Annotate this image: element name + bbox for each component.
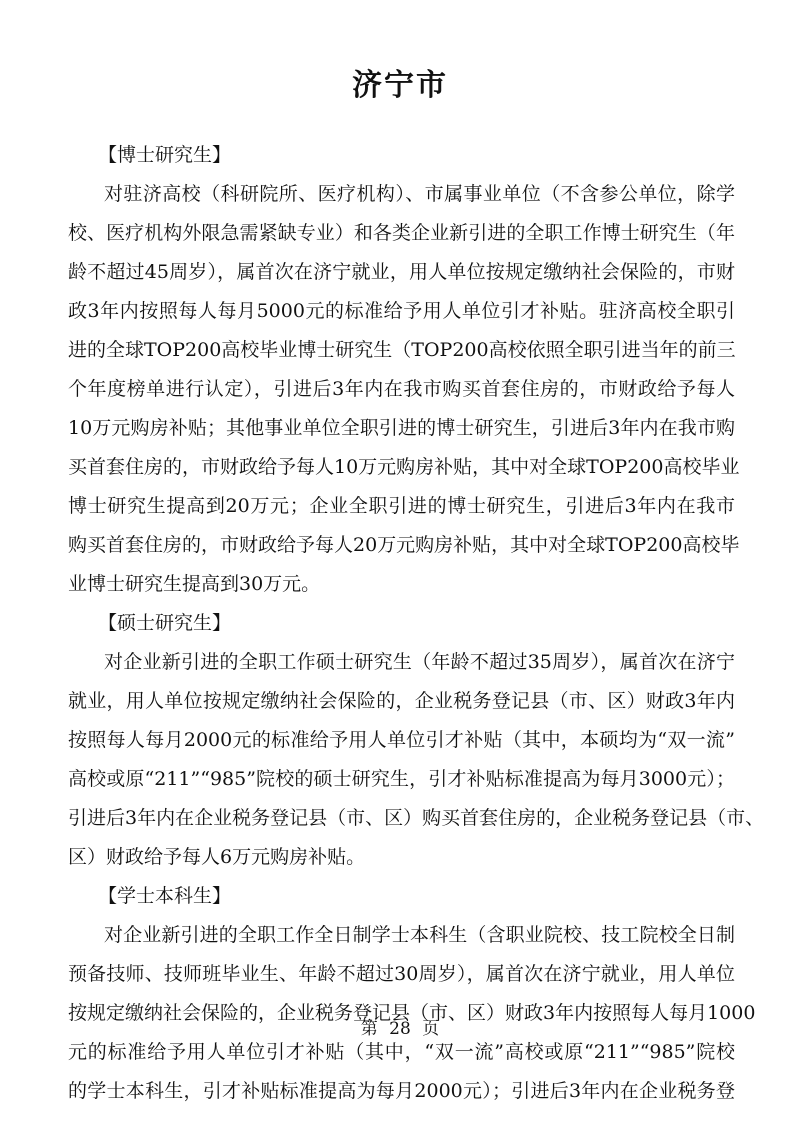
- paragraph-line: 高校或原“211”“985”院校的硕士研究生，引才补贴标准提高为每月3000元）…: [68, 766, 735, 792]
- paragraph-line: 元的标准给予用人单位引才补贴（其中，“双一流”高校或原“211”“985”院校: [68, 1039, 735, 1065]
- paragraph-line: 业博士研究生提高到30万元。: [68, 571, 735, 597]
- document-page: 济宁市 【博士研究生】 对驻济高校（科研院所、医疗机构）、市属事业单位（不含参公…: [0, 0, 800, 1137]
- section-heading-bachelor: 【学士本科生】: [98, 883, 231, 909]
- paragraph-line: 就业，用人单位按规定缴纳社会保险的，企业税务登记县（市、区）财政3年内: [68, 688, 735, 714]
- section-heading-doctoral: 【博士研究生】: [98, 142, 231, 168]
- paragraph-line: 对企业新引进的全职工作全日制学士本科生（含职业院校、技工院校全日制: [104, 922, 735, 948]
- paragraph-line: 购买首套住房的，市财政给予每人20万元购房补贴，其中对全球TOP200高校毕: [68, 532, 735, 558]
- paragraph-line: 龄不超过45周岁），属首次在济宁就业，用人单位按规定缴纳社会保险的，市财: [68, 259, 735, 285]
- paragraph-line: 预备技师、技师班毕业生、年龄不超过30周岁），属首次在济宁就业，用人单位: [68, 961, 735, 987]
- paragraph-line: 进的全球TOP200高校毕业博士研究生（TOP200高校依照全职引进当年的前三: [68, 337, 735, 363]
- paragraph-line: 政3年内按照每人每月5000元的标准给予用人单位引才补贴。驻济高校全职引: [68, 298, 735, 324]
- paragraph-line: 区）财政给予每人6万元购房补贴。: [68, 844, 735, 870]
- paragraph-line: 博士研究生提高到20万元；企业全职引进的博士研究生，引进后3年内在我市: [68, 493, 735, 519]
- paragraph-line: 的学士本科生，引才补贴标准提高为每月2000元）；引进后3年内在企业税务登: [68, 1078, 735, 1104]
- page-title: 济宁市: [0, 66, 800, 106]
- paragraph-line: 对企业新引进的全职工作硕士研究生（年龄不超过35周岁），属首次在济宁: [104, 649, 735, 675]
- paragraph-line: 引进后3年内在企业税务登记县（市、区）购买首套住房的，企业税务登记县（市、: [68, 805, 735, 831]
- paragraph-line: 按照每人每月2000元的标准给予用人单位引才补贴（其中，本硕均为“双一流”: [68, 727, 735, 753]
- paragraph-line: 买首套住房的，市财政给予每人10万元购房补贴，其中对全球TOP200高校毕业: [68, 454, 735, 480]
- paragraph-line: 对驻济高校（科研院所、医疗机构）、市属事业单位（不含参公单位，除学: [104, 181, 735, 207]
- page-number: 第 28 页: [0, 1017, 800, 1041]
- paragraph-line: 10万元购房补贴；其他事业单位全职引进的博士研究生，引进后3年内在我市购: [68, 415, 735, 441]
- paragraph-line: 个年度榜单进行认定），引进后3年内在我市购买首套住房的，市财政给予每人: [68, 376, 735, 402]
- section-heading-masters: 【硕士研究生】: [98, 610, 231, 636]
- paragraph-line: 校、医疗机构外限急需紧缺专业）和各类企业新引进的全职工作博士研究生（年: [68, 220, 735, 246]
